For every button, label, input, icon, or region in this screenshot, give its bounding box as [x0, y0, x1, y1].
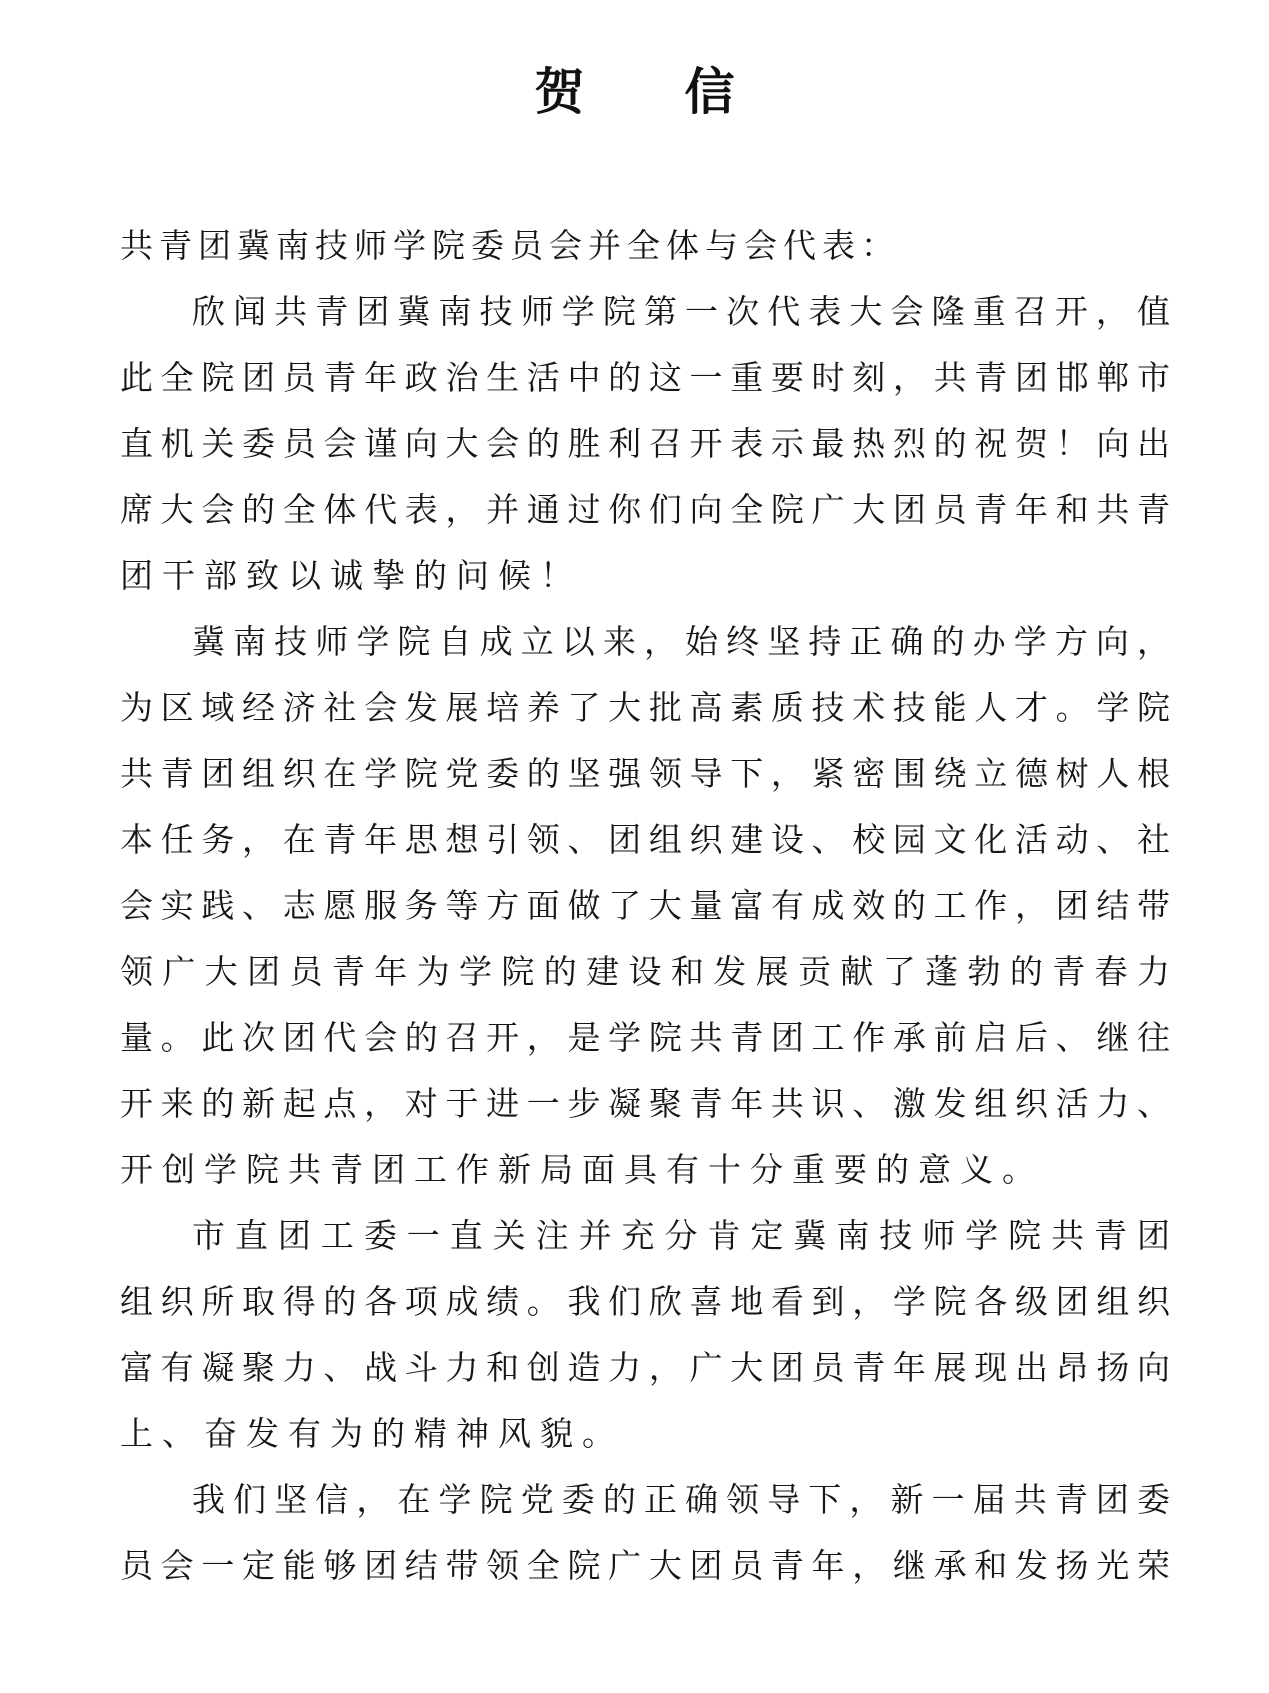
- letter-body: 共青团冀南技师学院委员会并全体与会代表： 欣闻共青团冀南技师学院第一次代表大会隆…: [120, 213, 1170, 1599]
- paragraph-4-line-1: 我们坚信，在学院党委的正确领导下，新一届共青团委: [120, 1467, 1170, 1533]
- paragraph-3-line-2: 组织所取得的各项成绩。我们欣喜地看到，学院各级团组织: [120, 1269, 1170, 1335]
- paragraph-2-line-3: 共青团组织在学院党委的坚强领导下，紧密围绕立德树人根: [120, 741, 1170, 807]
- paragraph-2-line-5: 会实践、志愿服务等方面做了大量富有成效的工作，团结带: [120, 873, 1170, 939]
- paragraph-2-line-2: 为区域经济社会发展培养了大批高素质技术技能人才。学院: [120, 675, 1170, 741]
- title-char-1: 贺: [535, 52, 585, 124]
- paragraph-1-line-4: 席大会的全体代表，并通过你们向全院广大团员青年和共青: [120, 477, 1170, 543]
- paragraph-2-line-7: 量。此次团代会的召开，是学院共青团工作承前启后、继往: [120, 1005, 1170, 1071]
- paragraph-2-line-1: 冀南技师学院自成立以来，始终坚持正确的办学方向，: [120, 609, 1170, 675]
- paragraph-1-line-5: 团干部致以诚挚的问候！: [120, 543, 1170, 609]
- letter-title: 贺信: [0, 52, 1269, 124]
- paragraph-3-line-4: 上、奋发有为的精神风貌。: [120, 1401, 1170, 1467]
- paragraph-1-line-3: 直机关委员会谨向大会的胜利召开表示最热烈的祝贺！向出: [120, 411, 1170, 477]
- paragraph-2-line-8: 开来的新起点，对于进一步凝聚青年共识、激发组织活力、: [120, 1071, 1170, 1137]
- paragraph-3-line-3: 富有凝聚力、战斗力和创造力，广大团员青年展现出昂扬向: [120, 1335, 1170, 1401]
- letter-page: 贺信 共青团冀南技师学院委员会并全体与会代表： 欣闻共青团冀南技师学院第一次代表…: [0, 0, 1269, 1693]
- paragraph-1-line-1: 欣闻共青团冀南技师学院第一次代表大会隆重召开，值: [120, 279, 1170, 345]
- paragraph-2-line-4: 本任务，在青年思想引领、团组织建设、校园文化活动、社: [120, 807, 1170, 873]
- paragraph-1-line-2: 此全院团员青年政治生活中的这一重要时刻，共青团邯郸市: [120, 345, 1170, 411]
- title-char-2: 信: [685, 52, 735, 124]
- paragraph-3-line-1: 市直团工委一直关注并充分肯定冀南技师学院共青团: [120, 1203, 1170, 1269]
- paragraph-2-line-6: 领广大团员青年为学院的建设和发展贡献了蓬勃的青春力: [120, 939, 1170, 1005]
- salutation: 共青团冀南技师学院委员会并全体与会代表：: [120, 213, 1170, 279]
- paragraph-2-line-9: 开创学院共青团工作新局面具有十分重要的意义。: [120, 1137, 1170, 1203]
- paragraph-4-line-2: 员会一定能够团结带领全院广大团员青年，继承和发扬光荣: [120, 1533, 1170, 1599]
